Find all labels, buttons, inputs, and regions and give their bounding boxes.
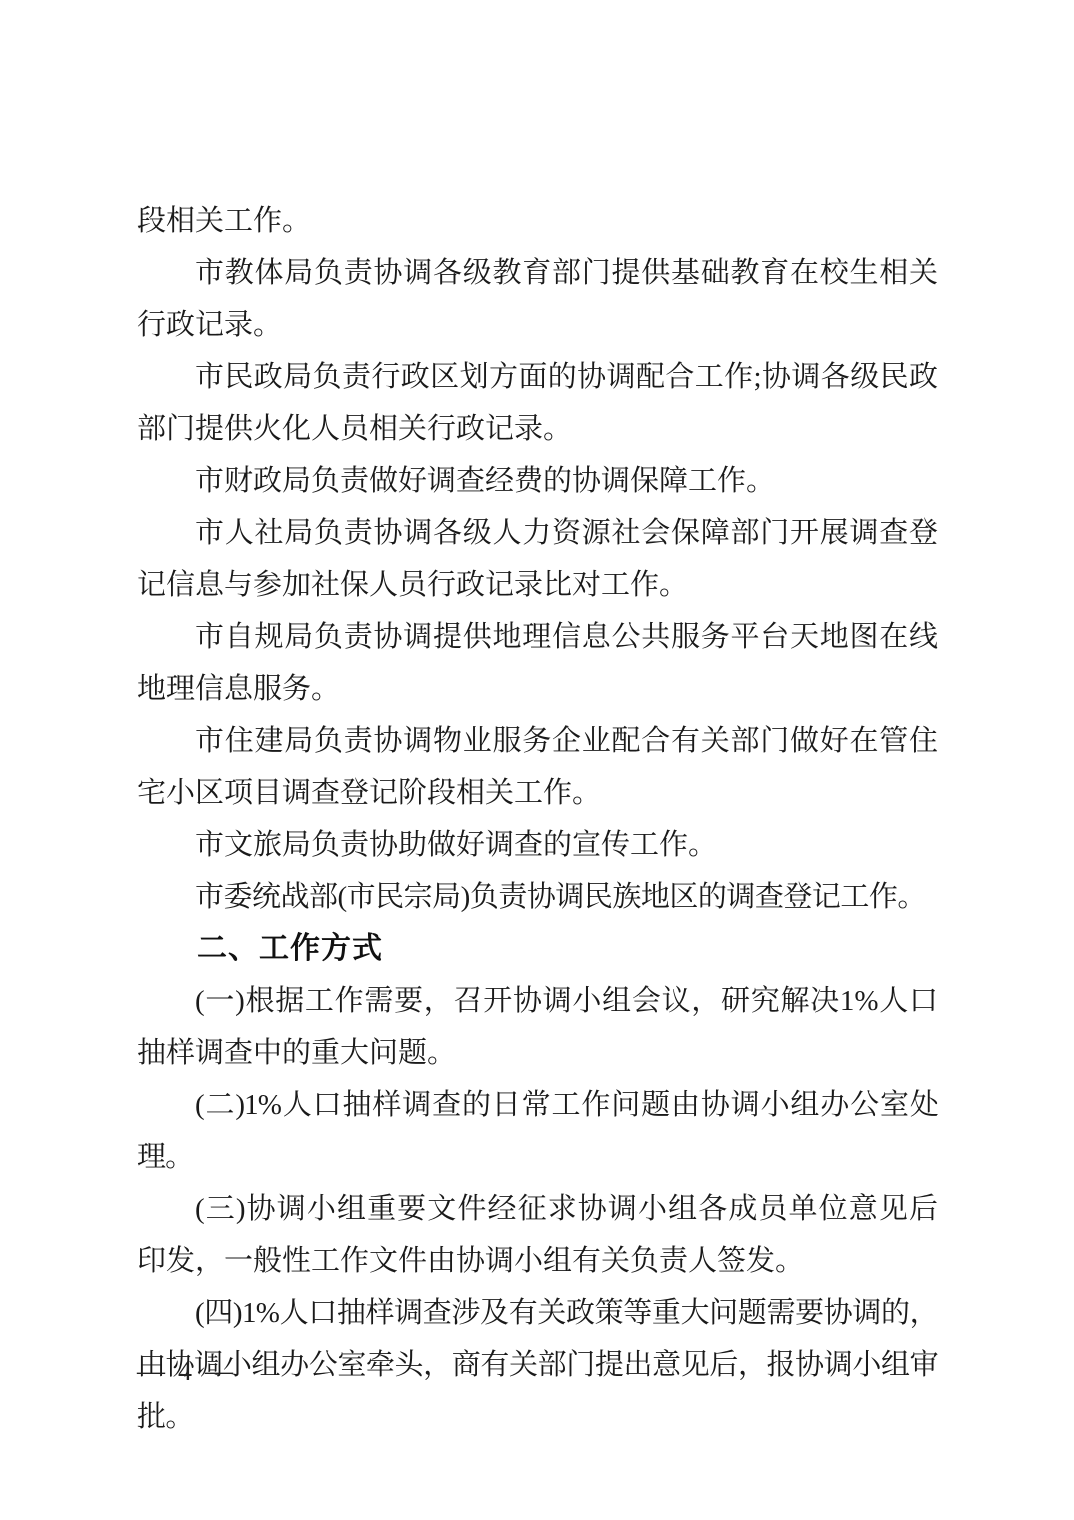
- para-housing-bureau: 市住建局负责协调物业服务企业配合有关部门做好在管住宅小区项目调查登记阶段相关工作…: [137, 715, 938, 819]
- para-civil-affairs-bureau: 市民政局负责行政区划方面的协调配合工作;协调各级民政部门提供火化人员相关行政记录…: [137, 351, 938, 455]
- para-finance-bureau: 市财政局负责做好调查经费的协调保障工作。: [137, 455, 938, 507]
- section-heading-work-methods: 二、工作方式: [137, 923, 938, 975]
- document-page: 段相关工作。 市教体局负责协调各级教育部门提供基础教育在校生相关行政记录。 市民…: [0, 0, 1074, 1520]
- para-natural-resources-bureau: 市自规局负责协调提供地理信息公共服务平台天地图在线地理信息服务。: [137, 611, 938, 715]
- page-number: — 4 —: [137, 1352, 236, 1392]
- para-item-3: (三)协调小组重要文件经征求协调小组各成员单位意见后印发，一般性工作文件由协调小…: [137, 1183, 938, 1287]
- para-culture-tourism-bureau: 市文旅局负责协助做好调查的宣传工作。: [137, 819, 938, 871]
- para-human-resources-bureau: 市人社局负责协调各级人力资源社会保障部门开展调查登记信息与参加社保人员行政记录比…: [137, 507, 938, 611]
- para-continuation: 段相关工作。: [137, 195, 938, 247]
- para-united-front-dept: 市委统战部(市民宗局)负责协调民族地区的调查登记工作。: [137, 871, 938, 923]
- para-item-1: (一)根据工作需要，召开协调小组会议，研究解决1%人口抽样调查中的重大问题。: [137, 975, 938, 1079]
- document-body: 段相关工作。 市教体局负责协调各级教育部门提供基础教育在校生相关行政记录。 市民…: [137, 195, 938, 1443]
- para-item-2: (二)1%人口抽样调查的日常工作问题由协调小组办公室处理。: [137, 1079, 938, 1183]
- para-item-4: (四)1%人口抽样调查涉及有关政策等重大问题需要协调的，由协调小组办公室牵头，商…: [137, 1287, 938, 1443]
- para-education-sports-bureau: 市教体局负责协调各级教育部门提供基础教育在校生相关行政记录。: [137, 247, 938, 351]
